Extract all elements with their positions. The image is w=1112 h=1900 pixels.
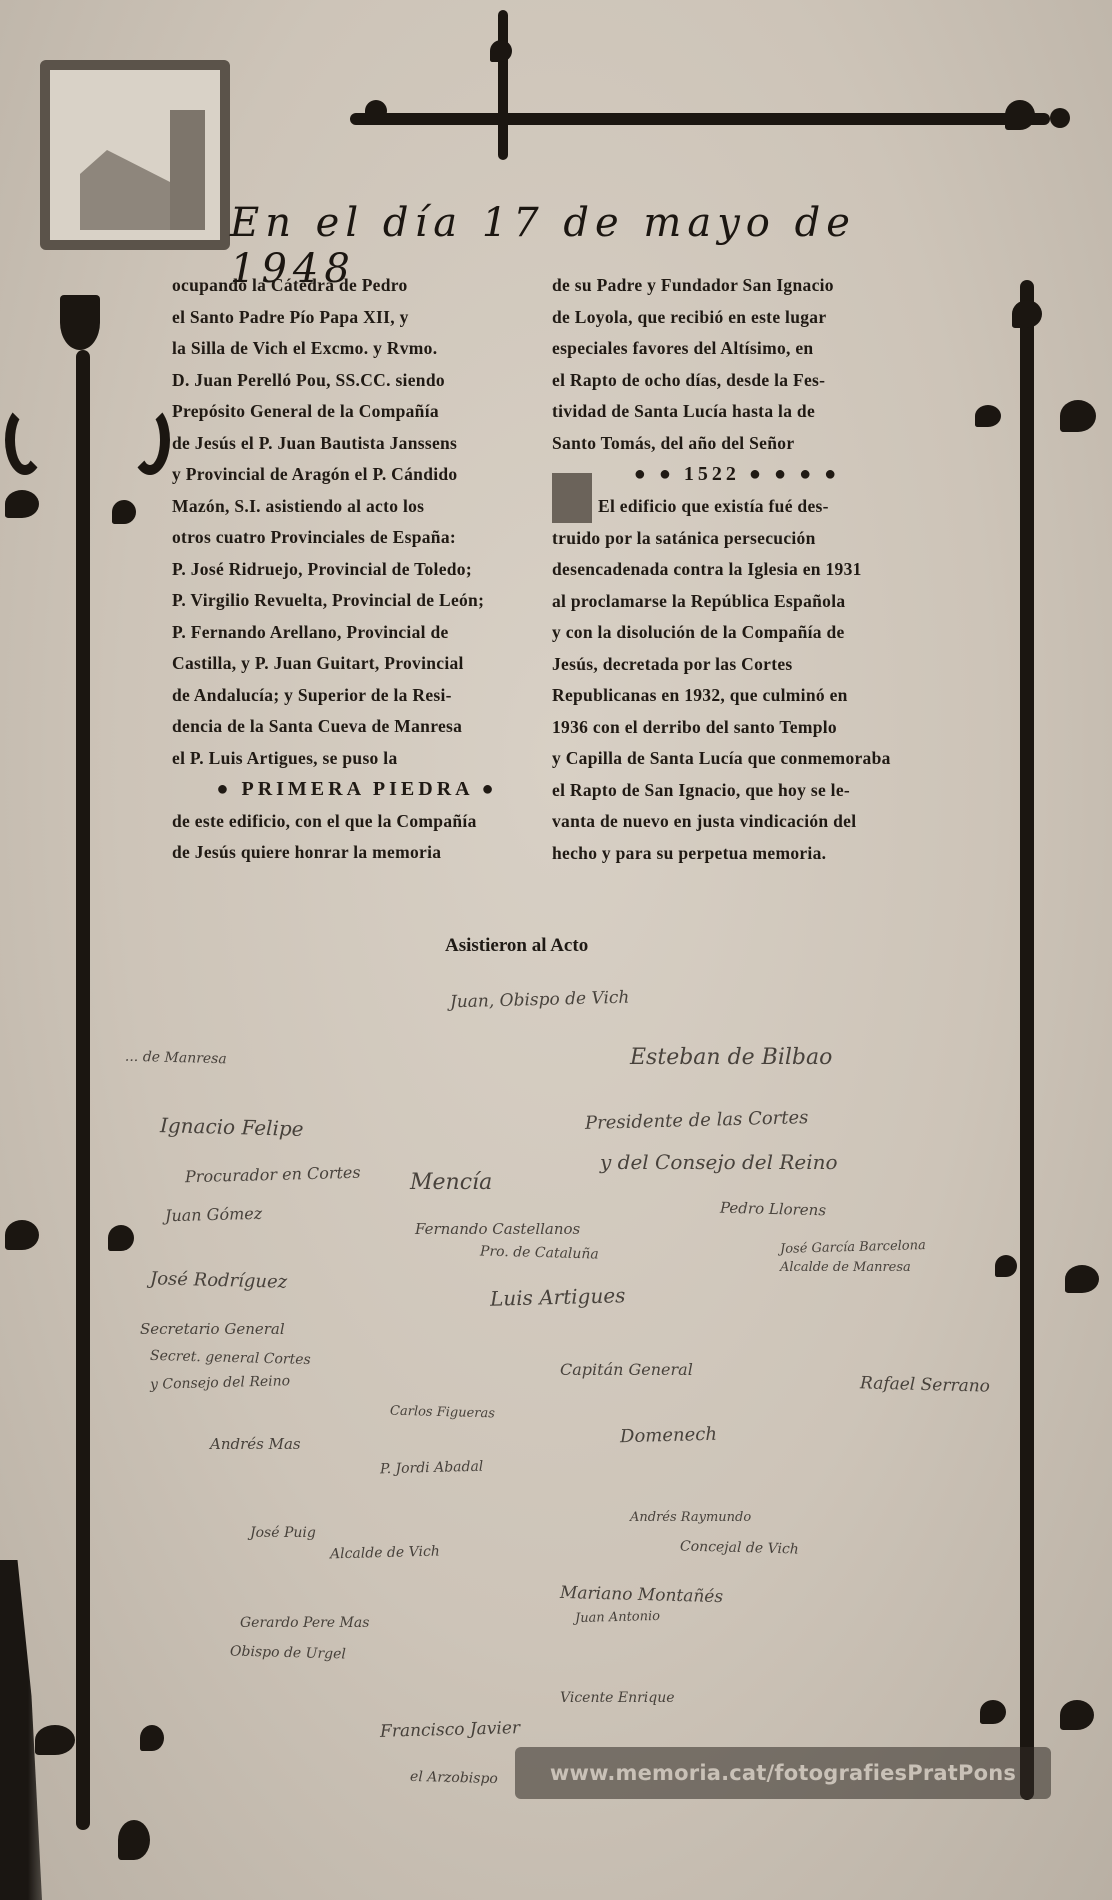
right-vine-border (1020, 280, 1034, 1800)
signature: Capitán General (560, 1360, 693, 1379)
signature: Vicente Enrique (560, 1690, 675, 1706)
signature: Francisco Javier (380, 1718, 521, 1742)
signature: José Puig (250, 1525, 316, 1541)
illuminated-initial-letter (40, 60, 230, 250)
signature: Mencía (410, 1170, 492, 1195)
signature: ... de Manresa (125, 1049, 227, 1068)
signature: Juan Gómez (165, 1204, 263, 1226)
watermark-banner: www.memoria.cat/fotografiesPratPons (515, 1747, 1051, 1799)
vine-leaf-icon (1050, 108, 1070, 128)
signature: P. Jordi Abadal (380, 1459, 484, 1478)
vine-leaf-icon (5, 490, 39, 518)
text-line: 1936 con el derribo del santo Templo (552, 712, 922, 744)
signature: Carlos Figueras (390, 1404, 495, 1422)
signature: Secretario General (140, 1320, 285, 1338)
signature: Mariano Montañés (560, 1583, 724, 1607)
vine-leaf-icon (112, 500, 136, 524)
text-line: P. José Ridruejo, Provincial de Toledo; (172, 554, 542, 586)
text-line: y Provincial de Aragón el P. Cándido (172, 459, 542, 491)
text-line: P. Fernando Arellano, Provincial de (172, 617, 542, 649)
text-line: dencia de la Santa Cueva de Manresa (172, 711, 542, 743)
coat-of-arms-icon (60, 295, 100, 350)
text-line-content: El edificio que existía fué des- (598, 496, 829, 516)
primera-piedra-banner: ● PRIMERA PIEDRA ● (172, 774, 542, 806)
right-text-column: de su Padre y Fundador San Ignacio de Lo… (552, 270, 922, 869)
top-vine-border (350, 113, 1050, 125)
illuminated-capital-e (552, 473, 592, 523)
vine-leaf-icon (1060, 400, 1096, 432)
year-ornament-line: ● ● 1522 ● ● ● ● (552, 459, 922, 491)
signature: Rafael Serrano (860, 1373, 990, 1396)
text-line: D. Juan Perelló Pou, SS.CC. siendo (172, 365, 542, 397)
text-line: Mazón, S.I. asistiendo al acto los (172, 491, 542, 523)
swirl-ornament-icon (5, 405, 45, 475)
text-line: Castilla, y P. Juan Guitart, Provincial (172, 648, 542, 680)
text-line: al proclamarse la República Española (552, 586, 922, 618)
text-line: y Capilla de Santa Lucía que conmemoraba (552, 743, 922, 775)
signature: Esteban de Bilbao (630, 1045, 832, 1070)
tower-illustration (170, 110, 205, 230)
text-line: y con la disolución de la Compañía de (552, 617, 922, 649)
text-line: especiales favores del Altísimo, en (552, 333, 922, 365)
text-line: ocupando la Cátedra de Pedro (172, 270, 542, 302)
signature: Domenech (620, 1424, 717, 1448)
vine-leaf-icon (365, 100, 387, 122)
text-line: desencadenada contra la Iglesia en 1931 (552, 554, 922, 586)
left-text-column: ocupando la Cátedra de Pedro el Santo Pa… (172, 270, 542, 869)
signature: y del Consejo del Reino (600, 1150, 838, 1174)
text-line: Prepósito General de la Compañía (172, 396, 542, 428)
signature: Alcalde de Manresa (780, 1260, 911, 1275)
text-line: de su Padre y Fundador San Ignacio (552, 270, 922, 302)
vine-leaf-icon (980, 1700, 1006, 1724)
text-line: truido por la satánica persecución (552, 523, 922, 555)
text-line: de Jesús el P. Juan Bautista Janssens (172, 428, 542, 460)
signature: Alcalde de Vich (330, 1544, 440, 1563)
vine-leaf-icon (1005, 100, 1035, 130)
text-line: vanta de nuevo en justa vindicación del (552, 806, 922, 838)
primera-piedra-text: PRIMERA PIEDRA (241, 778, 472, 800)
text-line: Santo Tomás, del año del Señor (552, 428, 922, 460)
signature: Andrés Mas (210, 1435, 301, 1453)
text-line: de Andalucía; y Superior de la Resi- (172, 680, 542, 712)
signature: José Rodríguez (150, 1268, 288, 1293)
vine-leaf-icon (975, 405, 1001, 427)
vine-leaf-icon (5, 1220, 39, 1250)
text-line: otros cuatro Provinciales de España: (172, 522, 542, 554)
text-line: de Loyola, que recibió en este lugar (552, 302, 922, 334)
text-line: de este edificio, con el que la Compañía (172, 806, 542, 838)
text-line: de Jesús quiere honrar la memoria (172, 837, 542, 869)
text-line: el Rapto de San Ignacio, que hoy se le- (552, 775, 922, 807)
text-line: P. Virgilio Revuelta, Provincial de León… (172, 585, 542, 617)
text-line: Republicanas en 1932, que culminó en (552, 680, 922, 712)
vine-leaf-icon (1065, 1265, 1099, 1293)
signature: Luis Artigues (490, 1283, 626, 1311)
vine-leaf-icon (118, 1820, 150, 1860)
text-line: el P. Luis Artigues, se puso la (172, 743, 542, 775)
text-line: tividad de Santa Lucía hasta la de (552, 396, 922, 428)
text-line: el Santo Padre Pío Papa XII, y (172, 302, 542, 334)
signature: Gerardo Pere Mas (240, 1615, 369, 1631)
signature: Pedro Llorens (720, 1199, 826, 1220)
left-vine-border (76, 350, 90, 1830)
text-line: la Silla de Vich el Excmo. y Rvmo. (172, 333, 542, 365)
top-vine-stem (498, 10, 508, 160)
signature: Ignacio Felipe (160, 1113, 304, 1141)
year-1522: 1522 (684, 463, 740, 485)
signature: Obispo de Urgel (230, 1643, 346, 1662)
vine-leaf-icon (490, 40, 512, 62)
vine-leaf-icon (995, 1255, 1017, 1277)
signature: Juan Antonio (575, 1609, 660, 1626)
watermark-text: www.memoria.cat/fotografiesPratPons (550, 1761, 1016, 1785)
vine-leaf-icon (108, 1225, 134, 1251)
vine-leaf-icon (140, 1725, 164, 1751)
signatures-heading: Asistieron al Acto (445, 935, 588, 957)
swirl-ornament-icon (130, 405, 170, 475)
vine-leaf-icon (35, 1725, 75, 1755)
text-line: el Rapto de ocho días, desde la Fes- (552, 365, 922, 397)
signature: el Arzobispo (410, 1769, 498, 1787)
text-line: El edificio que existía fué des- (552, 491, 922, 523)
vine-leaf-icon (1060, 1700, 1094, 1730)
signature: Fernando Castellanos (415, 1220, 580, 1238)
church-illustration (80, 150, 170, 230)
text-line: hecho y para su perpetua memoria. (552, 838, 922, 870)
signature: Pro. de Cataluña (480, 1243, 599, 1262)
signature: Concejal de Vich (680, 1538, 799, 1557)
vine-leaf-icon (1012, 300, 1042, 328)
signature: Andrés Raymundo (630, 1510, 751, 1525)
text-line: Jesús, decretada por las Cortes (552, 649, 922, 681)
